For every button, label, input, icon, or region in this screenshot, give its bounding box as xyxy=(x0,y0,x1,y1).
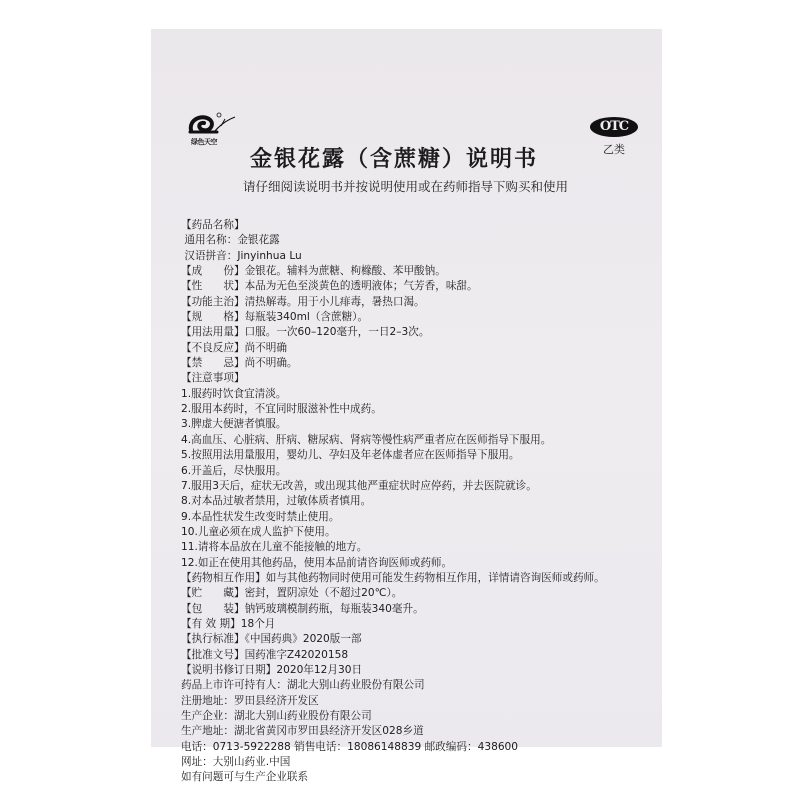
leaflet-body: 【药品名称】 通用名称：金银花露 汉语拼音：Jinyinhua Lu 【成 份】… xyxy=(181,218,651,786)
snail-logo-icon xyxy=(187,110,237,138)
field-value: 罗田县经济开发区 xyxy=(234,695,319,707)
field-value: 尚不明确 xyxy=(245,342,287,354)
field-label: 生产地址： xyxy=(181,725,234,737)
field-value: 本品为无色至淡黄色的透明液体；气芳香，味甜。 xyxy=(245,280,478,292)
field-value: 《中国药典》2020版一部 xyxy=(245,633,362,645)
shelf-life-row: 【有 效 期】18个月 xyxy=(181,617,651,632)
generic-name-row: 通用名称：金银花露 xyxy=(181,233,651,248)
precaution-item: 12.如正在使用其他药品，使用本品前请咨询医师或药师。 xyxy=(181,556,651,571)
brand-logo: 绿色天空 xyxy=(187,110,237,150)
field-value: 清热解毒。用于小儿痱毒，暑热口渴。 xyxy=(245,296,425,308)
otc-badge: OTC xyxy=(590,117,638,137)
field-label: 【用法用量】 xyxy=(181,326,245,338)
field-value: 大别山药业.中国 xyxy=(213,756,291,768)
field-label: 【禁 忌】 xyxy=(181,357,245,369)
precaution-item: 10.儿童必须在成人监护下使用。 xyxy=(181,525,651,540)
contact-note: 如有问题可与生产企业联系 xyxy=(181,770,651,785)
precaution-item: 4.高血压、心脏病、肝病、糖尿病、肾病等慢性病严重者应在医师指导下服用。 xyxy=(181,433,651,448)
mah-row: 药品上市许可持有人：湖北大别山药业股份有限公司 xyxy=(181,678,651,693)
adverse-reactions-row: 【不良反应】尚不明确 xyxy=(181,341,651,356)
field-value: 438600 xyxy=(478,741,518,753)
mfg-address-row: 生产地址：湖北省黄冈市罗田县经济开发区028乡道 xyxy=(181,724,651,739)
page-subtitle: 请仔细阅读说明书并按说明使用或在药师指导下购买和使用 xyxy=(243,177,568,195)
field-value: 金银花露 xyxy=(237,234,279,246)
section-heading-precautions: 【注意事项】 xyxy=(181,371,651,386)
page-title: 金银花露（含蔗糖）说明书 xyxy=(250,142,580,173)
field-value: 2020年12月30日 xyxy=(276,664,362,676)
precaution-item: 6.开盖后，尽快服用。 xyxy=(181,464,651,479)
interactions-row: 【药物相互作用】如与其他药物同时使用可能发生药物相互作用，详情请咨询医师或药师。 xyxy=(181,571,651,586)
otc-class: 乙类 xyxy=(603,141,625,157)
field-value: 湖北大别山药业股份有限公司 xyxy=(234,710,372,722)
field-label: 【有 效 期】 xyxy=(181,618,241,630)
otc-mark: OTC xyxy=(590,117,640,139)
contraindications-row: 【禁 忌】尚不明确。 xyxy=(181,356,651,371)
field-label: 注册地址： xyxy=(181,695,234,707)
field-label: 【说明书修订日期】 xyxy=(181,664,276,676)
approval-number-row: 【批准文号】国药准字Z42020158 xyxy=(181,648,651,663)
precaution-item: 3.脾虚大便溏者慎服。 xyxy=(181,417,651,432)
precaution-item: 9.本品性状发生改变时禁止使用。 xyxy=(181,510,651,525)
field-value: 每瓶装340ml（含蔗糖）。 xyxy=(245,311,369,323)
field-value: 口服。一次60–120毫升，一日2–3次。 xyxy=(245,326,430,338)
field-label: 生产企业： xyxy=(181,710,234,722)
field-label: 【功能主治】 xyxy=(181,296,245,308)
precaution-item: 5.按照用法用量服用，婴幼儿、孕妇及年老体虚者应在医师指导下服用。 xyxy=(181,448,651,463)
manufacturer-row: 生产企业：湖北大别山药业股份有限公司 xyxy=(181,709,651,724)
reg-address-row: 注册地址：罗田县经济开发区 xyxy=(181,694,651,709)
field-value: 密封，置阴凉处（不超过20℃）。 xyxy=(245,587,403,599)
field-label: 网址： xyxy=(181,756,213,768)
field-label: 【执行标准】 xyxy=(181,633,245,645)
field-label: 【成 份】 xyxy=(181,265,245,277)
pinyin-row: 汉语拼音：Jinyinhua Lu xyxy=(181,249,651,264)
field-label: 【药物相互作用】 xyxy=(181,572,266,584)
field-label: 药品上市许可持有人： xyxy=(181,679,287,691)
field-value: Jinyinhua Lu xyxy=(237,250,301,262)
field-label: 【不良反应】 xyxy=(181,342,245,354)
packaging-row: 【包 装】钠钙玻璃模制药瓶，每瓶装340毫升。 xyxy=(181,602,651,617)
field-value: 尚不明确。 xyxy=(245,357,298,369)
precaution-item: 11.请将本品放在儿童不能接触的地方。 xyxy=(181,540,651,555)
section-heading-drug-name: 【药品名称】 xyxy=(181,218,651,233)
field-label: 通用名称： xyxy=(184,234,237,246)
standard-row: 【执行标准】《中国药典》2020版一部 xyxy=(181,632,651,647)
field-label: 汉语拼音： xyxy=(184,250,237,262)
field-value: 18个月 xyxy=(241,618,276,630)
website-row: 网址：大别山药业.中国 xyxy=(181,755,651,770)
indications-row: 【功能主治】清热解毒。用于小儿痱毒，暑热口渴。 xyxy=(181,295,651,310)
field-value: 国药准字Z42020158 xyxy=(245,649,349,661)
specification-row: 【规 格】每瓶装340ml（含蔗糖）。 xyxy=(181,310,651,325)
precaution-item: 1.服药时饮食宜清淡。 xyxy=(181,387,651,402)
brand-name: 绿色天空 xyxy=(187,137,221,147)
field-label: 【包 装】 xyxy=(181,603,245,615)
ingredients-row: 【成 份】金银花。辅料为蔗糖、枸橼酸、苯甲酸钠。 xyxy=(181,264,651,279)
precaution-item: 8.对本品过敏者禁用，过敏体质者慎用。 xyxy=(181,494,651,509)
field-value: 金银花。辅料为蔗糖、枸橼酸、苯甲酸钠。 xyxy=(245,265,446,277)
precaution-item: 7.服用3天后，症状无改善，或出现其他严重症状时应停药，并去医院就诊。 xyxy=(181,479,651,494)
precaution-item: 2.服用本药时，不宜同时服滋补性中成药。 xyxy=(181,402,651,417)
field-label: 电话： xyxy=(181,741,213,753)
field-label: 【性 状】 xyxy=(181,280,245,292)
field-value: 湖北大别山药业股份有限公司 xyxy=(287,679,425,691)
field-value: 18086148839 xyxy=(347,741,421,753)
field-label: 销售电话： xyxy=(294,741,347,753)
field-label: 邮政编码： xyxy=(425,741,478,753)
description-row: 【性 状】本品为无色至淡黄色的透明液体；气芳香，味甜。 xyxy=(181,279,651,294)
contact-phones-row: 电话：0713-5922288 销售电话：18086148839 邮政编码：43… xyxy=(181,740,651,755)
dosage-row: 【用法用量】口服。一次60–120毫升，一日2–3次。 xyxy=(181,325,651,340)
revision-date-row: 【说明书修订日期】2020年12月30日 xyxy=(181,663,651,678)
field-value: 如与其他药物同时使用可能发生药物相互作用，详情请咨询医师或药师。 xyxy=(266,572,605,584)
field-value: 0713-5922288 xyxy=(213,741,291,753)
field-label: 【批准文号】 xyxy=(181,649,245,661)
storage-row: 【贮 藏】密封，置阴凉处（不超过20℃）。 xyxy=(181,586,651,601)
field-label: 【规 格】 xyxy=(181,311,245,323)
field-value: 钠钙玻璃模制药瓶，每瓶装340毫升。 xyxy=(245,603,424,615)
field-label: 【贮 藏】 xyxy=(181,587,245,599)
field-value: 湖北省黄冈市罗田县经济开发区028乡道 xyxy=(234,725,424,737)
